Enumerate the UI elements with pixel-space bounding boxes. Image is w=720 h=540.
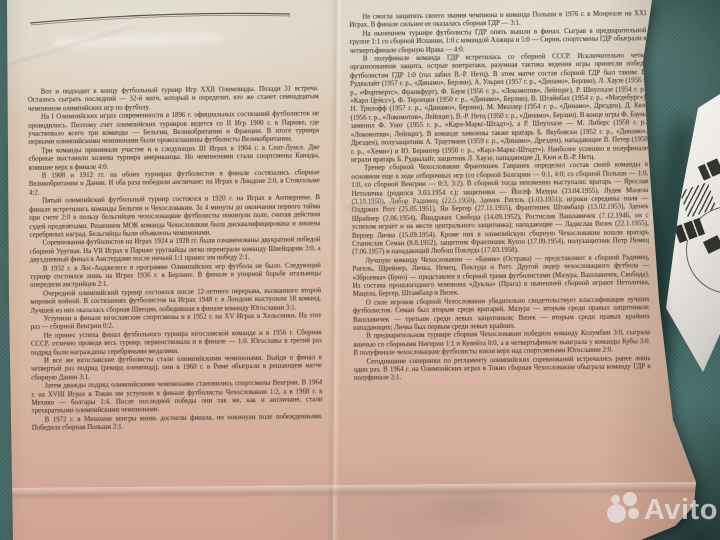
paragraph: В предварительном турнире сборная Чехосл… (353, 330, 650, 359)
printed-rule-line (28, 8, 292, 26)
right-text-column: Не смогла защитить своего звания чемпион… (349, 10, 652, 470)
paragraph: В 1972 г. в Мюнхене венгры вновь достигл… (32, 413, 323, 433)
programme-page-wrap: Вот и подходит к концу футбольный турнир… (0, 0, 720, 540)
photo-scene: Вот и подходит к концу футбольный турнир… (0, 0, 720, 540)
paragraph: На I Олимпийских играх современности в 1… (28, 110, 319, 147)
programme-page: Вот и подходит к концу футбольный турнир… (0, 0, 720, 540)
paragraph: Затем дважды подряд олимпийскими чемпион… (31, 379, 322, 416)
paragraph: О силе игроков сборной Чехословакии убед… (353, 296, 650, 333)
paragraph: В 1932 г. в Лос-Анджелесе в программе Ол… (30, 262, 321, 291)
paragraph: Сегодняшние соперники по регламенту олим… (353, 355, 650, 384)
center-fold-crease (327, 0, 344, 540)
paragraph: И все же югославские футболисты стали ол… (31, 354, 322, 383)
paragraph: Не принес успеха финал футбольного турни… (31, 329, 322, 358)
paragraph: Соревнования футболистов на Играх 1924 и… (29, 237, 320, 266)
paragraph: Тренер сборной Чехословакии Франтишек Га… (351, 162, 649, 258)
left-text-column: Вот и подходит к концу футбольный турнир… (28, 85, 324, 483)
paragraph: Пятый олимпийский футбольный турнир сост… (29, 195, 320, 241)
paragraph: Лучшую команду Чехословакии — «Баник» (О… (352, 254, 649, 300)
paragraph: Вот и подходит к концу футбольный турнир… (28, 85, 319, 114)
paragraph: В 1908 и 1912 гг. на обоих турнирах футб… (29, 169, 320, 198)
embossed-impression (54, 33, 222, 48)
top-left-crease (0, 20, 136, 72)
bottom-fold-crease (0, 482, 700, 500)
paragraph: Очередной олимпийский турнир состоялся п… (30, 287, 321, 316)
paragraph: На нынешнем турнире футболисты ГДР опять… (349, 27, 646, 56)
paragraph: Три команды принимали участие и в следую… (28, 144, 319, 173)
paragraph: В полуфинале команда ГДР встретилась со … (350, 52, 648, 165)
